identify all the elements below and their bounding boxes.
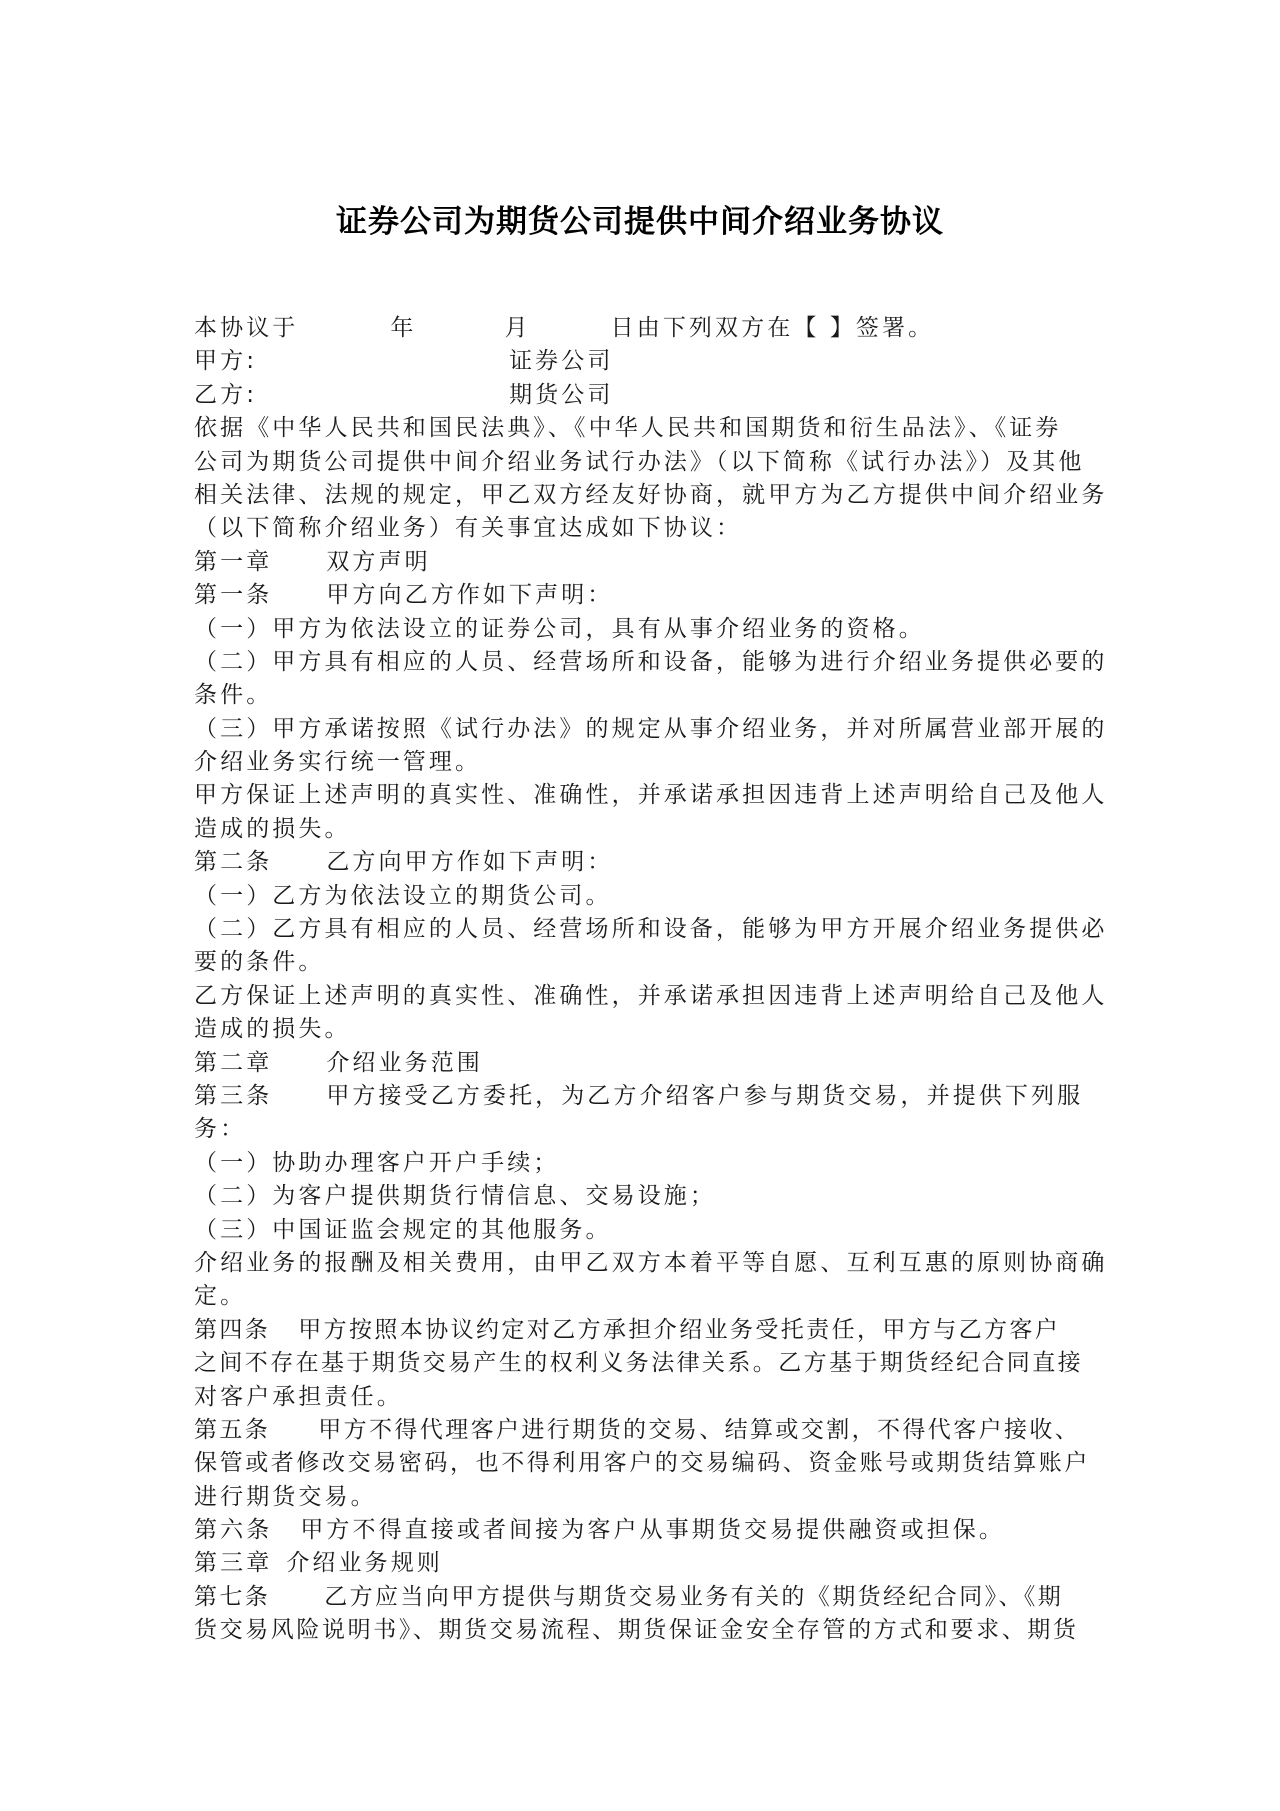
paragraph-line: （一）乙方为依法设立的期货公司。 (194, 880, 1094, 913)
chapter-heading: 第三章介绍业务规则 (194, 1547, 1094, 1580)
document-title: 证券公司为期货公司提供中间介绍业务协议 (0, 196, 1280, 241)
article-number: 第三条 (194, 1083, 272, 1109)
paragraph-line: 介绍业务的报酬及相关费用，由甲乙双方本着平等自愿、互利互惠的原则协商确 (194, 1247, 1094, 1280)
article-text: 乙方向甲方作如下声明： (326, 849, 613, 875)
party-b-line: 乙方:期货公司 (194, 379, 1094, 412)
year-label: 年 (390, 315, 416, 341)
paragraph-line: 条件。 (194, 679, 1094, 712)
paragraph-line: 保管或者修改交易密码，也不得利用客户的交易编码、资金账号或期货结算账户 (194, 1447, 1094, 1480)
chapter-title: 介绍业务规则 (286, 1550, 443, 1576)
chapter-number: 第三章 (194, 1550, 272, 1576)
day-label: 日由下列双方在【 】签署。 (611, 315, 935, 341)
paragraph-line: （三）甲方承诺按照《试行办法》的规定从事介绍业务，并对所属营业部开展的 (194, 713, 1094, 746)
chapter-number: 第二章 (194, 1050, 272, 1076)
paragraph-line: （三）中国证监会规定的其他服务。 (194, 1214, 1094, 1247)
paragraph-line: 公司为期货公司提供中间介绍业务试行办法》（以下简称《试行办法》）及其他 (194, 446, 1094, 479)
article-line: 第四条甲方按照本协议约定对乙方承担介绍业务受托责任，甲方与乙方客户 (194, 1314, 1094, 1347)
paragraph-line: 之间不存在基于期货交易产生的权利义务法律关系。乙方基于期货经纪合同直接 (194, 1347, 1094, 1380)
paragraph-line: 要的条件。 (194, 946, 1094, 979)
paragraph-line: 乙方保证上述声明的真实性、准确性，并承诺承担因违背上述声明给自己及他人 (194, 980, 1094, 1013)
paragraph-line: （一）协助办理客户开户手续； (194, 1147, 1094, 1180)
paragraph-line: （二）为客户提供期货行情信息、交易设施； (194, 1180, 1094, 1213)
article-number: 第四条 (194, 1317, 270, 1343)
paragraph-line: （以下简称介绍业务）有关事宜达成如下协议： (194, 512, 1094, 545)
paragraph-line: 造成的损失。 (194, 1013, 1094, 1046)
paragraph-line: 定。 (194, 1280, 1094, 1313)
article-line: 第二条乙方向甲方作如下声明： (194, 846, 1094, 879)
article-number: 第二条 (194, 849, 272, 875)
paragraph-line: （二）甲方具有相应的人员、经营场所和设备，能够为进行介绍业务提供必要的 (194, 646, 1094, 679)
document-body: 本协议于年月日由下列双方在【 】签署。 甲方:证券公司 乙方:期货公司 依据《中… (194, 312, 1094, 1648)
paragraph-line: （一）甲方为依法设立的证券公司，具有从事介绍业务的资格。 (194, 613, 1094, 646)
party-a-value: 证券公司 (509, 348, 613, 374)
article-line: 第七条乙方应当向甲方提供与期货交易业务有关的《期货经纪合同》、《期 (194, 1581, 1094, 1614)
paragraph-line: 务： (194, 1113, 1094, 1146)
party-b-label: 乙方: (194, 382, 257, 408)
paragraph-line: 相关法律、法规的规定，甲乙双方经友好协商，就甲方为乙方提供中间介绍业务 (194, 479, 1094, 512)
party-a-label: 甲方: (194, 348, 257, 374)
chapter-title: 介绍业务范围 (326, 1050, 483, 1076)
article-number: 第五条 (194, 1417, 270, 1443)
chapter-heading: 第一章双方声明 (194, 546, 1094, 579)
month-label: 月 (505, 315, 531, 341)
party-a-line: 甲方:证券公司 (194, 345, 1094, 378)
chapter-title: 双方声明 (326, 549, 430, 575)
paragraph-line: 介绍业务实行统一管理。 (194, 746, 1094, 779)
paragraph-line: （二）乙方具有相应的人员、经营场所和设备，能够为甲方开展介绍业务提供必 (194, 913, 1094, 946)
article-text: 甲方不得直接或者间接为客户从事期货交易提供融资或担保。 (300, 1517, 1005, 1543)
party-b-value: 期货公司 (509, 382, 613, 408)
paragraph-line: 依据《中华人民共和国民法典》、《中华人民共和国期货和衍生品法》、《证券 (194, 412, 1094, 445)
article-text: 甲方按照本协议约定对乙方承担介绍业务受托责任，甲方与乙方客户 (298, 1317, 1060, 1343)
article-text: 甲方接受乙方委托，为乙方介绍客户参与期货交易，并提供下列服 (326, 1083, 1083, 1109)
article-number: 第六条 (194, 1517, 272, 1543)
signing-date-line: 本协议于年月日由下列双方在【 】签署。 (194, 312, 1094, 345)
text: 本协议于 (194, 315, 298, 341)
article-line: 第五条甲方不得代理客户进行期货的交易、结算或交割，不得代客户接收、 (194, 1414, 1094, 1447)
article-line: 第三条甲方接受乙方委托，为乙方介绍客户参与期货交易，并提供下列服 (194, 1080, 1094, 1113)
paragraph-line: 对客户承担责任。 (194, 1381, 1094, 1414)
article-text: 甲方不得代理客户进行期货的交易、结算或交割，不得代客户接收、 (318, 1417, 1080, 1443)
article-text: 甲方向乙方作如下声明： (326, 582, 613, 608)
paragraph-line: 造成的损失。 (194, 813, 1094, 846)
paragraph-line: 货交易风险说明书》、期货交易流程、期货保证金安全存管的方式和要求、期货 (194, 1614, 1094, 1647)
article-text: 乙方应当向甲方提供与期货交易业务有关的《期货经纪合同》、《期 (324, 1584, 1063, 1610)
article-line: 第六条甲方不得直接或者间接为客户从事期货交易提供融资或担保。 (194, 1514, 1094, 1547)
paragraph-line: 甲方保证上述声明的真实性、准确性，并承诺承担因违背上述声明给自己及他人 (194, 779, 1094, 812)
paragraph-line: 进行期货交易。 (194, 1481, 1094, 1514)
article-line: 第一条甲方向乙方作如下声明： (194, 579, 1094, 612)
article-number: 第七条 (194, 1584, 270, 1610)
chapter-number: 第一章 (194, 549, 272, 575)
article-number: 第一条 (194, 582, 272, 608)
chapter-heading: 第二章介绍业务范围 (194, 1047, 1094, 1080)
